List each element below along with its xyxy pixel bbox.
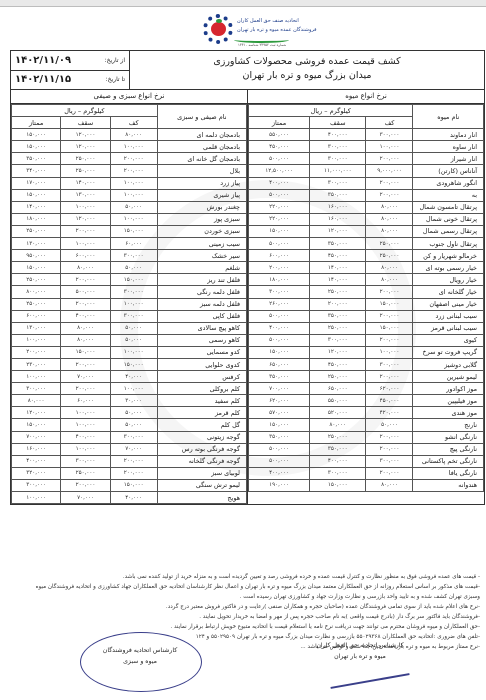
- max-price: ۲۰۰,۰۰۰: [61, 225, 110, 237]
- min-price: ۸۰,۰۰۰: [366, 274, 413, 286]
- item-name: نارنگی یافا: [413, 467, 484, 479]
- veg-min-header: کف: [110, 117, 157, 129]
- min-price: ۲۰۰,۰۰۰: [366, 443, 413, 455]
- table-row: ۶۰۰,۰۰۰۴۵۰,۰۰۰۲۵۰,۰۰۰خرمالو شهریار و کن: [249, 250, 484, 262]
- table-row: ۵۰۰,۰۰۰۳۰۰,۰۰۰۲۰۰,۰۰۰کیوی: [249, 334, 484, 346]
- premium-price: ۱۵۰,۰۰۰: [12, 141, 61, 153]
- premium-price: ۲۰۰,۰۰۰: [249, 262, 310, 274]
- from-date-row: ۱۴۰۲/۱۱/۰۹ از تاریخ:: [11, 51, 129, 71]
- table-row: ۱۰۰,۰۰۰۸۰,۰۰۰۵۰,۰۰۰کاهو رسمی: [12, 334, 247, 346]
- max-price: ۱۰۰,۰۰۰: [61, 419, 110, 431]
- max-price: ۱۵۰,۰۰۰: [61, 346, 110, 358]
- table-row: ۱۴۰,۰۰۰۱۰۰,۰۰۰۵۰,۰۰۰چغندر بورش: [12, 201, 247, 213]
- table-row: ۱۰۰,۰۰۰۷۰,۰۰۰۴۰,۰۰۰هویج: [12, 492, 247, 504]
- signature-stroke: [330, 673, 409, 688]
- min-price: ۱۰۰,۰۰۰: [110, 298, 157, 310]
- item-name: گلابی دوشیز: [413, 358, 484, 370]
- item-name: انگور شاهرودی: [413, 177, 484, 189]
- max-price: ۳۵۰,۰۰۰: [310, 310, 366, 322]
- item-name: کرفس: [157, 371, 246, 383]
- fruit-name-header: نام میوه: [413, 105, 484, 129]
- fruit-max-header: سقف: [310, 117, 366, 129]
- min-price: ۱۰۰,۰۰۰: [366, 346, 413, 358]
- item-name: لیمو شیرین: [413, 371, 484, 383]
- fruit-premium-header: ممتاز: [249, 117, 310, 129]
- table-row: ۵۰۰,۰۰۰۳۵۰,۰۰۰۲۰۰,۰۰۰سیب لبنانی زرد: [249, 310, 484, 322]
- item-name: شلغم: [157, 262, 246, 274]
- max-price: ۷۰,۰۰۰: [61, 492, 110, 504]
- max-price: ۳۰۰,۰۰۰: [310, 177, 366, 189]
- max-price: ۶۵۰,۰۰۰: [310, 383, 366, 395]
- signature-sellers-union: کارشناس اتحادیه فروشندگان میوه و سبزی: [70, 645, 210, 667]
- premium-price: ۱۰۰,۰۰۰: [12, 371, 61, 383]
- veg-unit-header: کیلوگرم – ریال: [12, 105, 158, 117]
- max-price: ۱۲۰,۰۰۰: [310, 225, 366, 237]
- from-date-value: ۱۴۰۲/۱۱/۰۹: [15, 55, 71, 66]
- item-name: انار شیراز: [413, 153, 484, 165]
- signature-commission-agents: کارشناس اتحادیه حق العمل کاران میوه و تر…: [300, 640, 420, 662]
- max-price: ۲۵۰,۰۰۰: [310, 371, 366, 383]
- premium-price: ۱۵۰,۰۰۰: [249, 419, 310, 431]
- premium-price: ۴۰۰,۰۰۰: [249, 322, 310, 334]
- item-name: انار ساوه: [413, 141, 484, 153]
- max-price: ۱۲۰,۰۰۰: [61, 213, 110, 225]
- premium-price: ۲۵۰,۰۰۰: [12, 274, 61, 286]
- to-date-label: تا تاریخ:: [106, 76, 125, 83]
- item-name: کاهو رسمی: [157, 334, 246, 346]
- premium-price: ۸۰۰,۰۰۰: [12, 286, 61, 298]
- table-row: ۵۷۰,۰۰۰۵۲۰,۰۰۰۴۲۰,۰۰۰موز هندی: [249, 407, 484, 419]
- table-row: ۱۳۰,۰۰۰۸۰,۰۰۰۵۰,۰۰۰کاهو پیچ سالادی: [12, 322, 247, 334]
- item-name: کدو مسمایی: [157, 346, 246, 358]
- min-price: ۲۰۰,۰۰۰: [110, 455, 157, 467]
- min-price: ۱۰۰,۰۰۰: [110, 213, 157, 225]
- min-price: ۳۰۰,۰۰۰: [110, 286, 157, 298]
- item-name: موز فیلیپین: [413, 395, 484, 407]
- premium-price: ۱۳۰,۰۰۰: [12, 238, 61, 250]
- premium-price: ۷۰۰,۰۰۰: [12, 431, 61, 443]
- item-name: گوجه زیتونی: [157, 431, 246, 443]
- item-name: بادمجان گل خانه ای: [157, 153, 246, 165]
- item-name: هندوانه: [413, 479, 484, 491]
- max-price: ۱۶۰,۰۰۰: [310, 213, 366, 225]
- min-price: ۳۰۰,۰۰۰: [366, 455, 413, 467]
- note: -نرخ های اعلام شده باید از سوی تمامی فرو…: [20, 602, 480, 612]
- premium-price: ۱۷۰,۰۰۰: [12, 177, 61, 189]
- premium-price: ۲۵۰,۰۰۰: [12, 298, 61, 310]
- note: - قیمت های عمده فروشی فوق به منظور نظارت…: [20, 572, 480, 582]
- premium-price: ۸۰,۰۰۰: [12, 395, 61, 407]
- min-price: ۲۰۰,۰۰۰: [366, 467, 413, 479]
- min-price: ۳۰۰,۰۰۰: [110, 310, 157, 322]
- item-name: گل کلم: [157, 419, 246, 431]
- premium-price: ۱۵۰,۰۰۰: [12, 419, 61, 431]
- premium-price: ۴۰۰,۰۰۰: [249, 177, 310, 189]
- max-price: ۲۵۰,۰۰۰: [310, 286, 366, 298]
- max-price: ۳۰۰,۰۰۰: [310, 141, 366, 153]
- item-name: پرتقال تامسون شمال: [413, 201, 484, 213]
- note: -حق العملکاران و میوه فروشان محترم می تو…: [20, 622, 480, 632]
- max-price: ۱۰۰,۰۰۰: [61, 407, 110, 419]
- premium-price: ۱۰۰,۰۰۰: [12, 334, 61, 346]
- min-price: ۵۰,۰۰۰: [110, 201, 157, 213]
- item-name: چغندر بورش: [157, 201, 246, 213]
- table-row: ۲۶۰,۰۰۰۲۰۰,۰۰۰۱۵۰,۰۰۰خیار مینی اصفهان: [249, 298, 484, 310]
- min-price: ۱۵۰,۰۰۰: [110, 358, 157, 370]
- item-name: لیمو ترش سنگی: [157, 479, 246, 491]
- union-logo: اتحادیه صنف حق العمل کاران فروشندگان عمد…: [200, 10, 290, 50]
- item-name: کلم بروکلی: [157, 383, 246, 395]
- min-price: ۲۰۰,۰۰۰: [366, 286, 413, 298]
- table-row: ۳۰۰,۰۰۰۲۵۰,۰۰۰۲۰۰,۰۰۰خیار گلخانه ای: [249, 286, 484, 298]
- max-price: ۳۰۰,۰۰۰: [310, 153, 366, 165]
- item-name: فلفل دلمه رنگی: [157, 286, 246, 298]
- max-price: ۲۰۰,۰۰۰: [61, 479, 110, 491]
- apple-icon: [211, 22, 226, 36]
- premium-price: ۴۰۰,۰۰۰: [249, 467, 310, 479]
- premium-price: ۴۰۰,۰۰۰: [12, 455, 61, 467]
- item-name: بادمجان قلمی: [157, 141, 246, 153]
- fruit-section-title: نرخ انواع میوه: [248, 90, 484, 104]
- premium-price: ۲۳۰,۰۰۰: [12, 358, 61, 370]
- min-price: ۳۰۰,۰۰۰: [110, 250, 157, 262]
- premium-price: ۴۵۰,۰۰۰: [249, 141, 310, 153]
- to-date-row: ۱۴۰۲/۱۱/۱۵ تا تاریخ:: [11, 71, 129, 90]
- item-name: خیار مینی اصفهان: [413, 298, 484, 310]
- item-name: فلفل کاپی: [157, 310, 246, 322]
- item-name: سبزی پوز: [157, 213, 246, 225]
- fruit-unit-header: کیلوگرم – ریال: [249, 105, 413, 117]
- table-row: ۴۵۰,۰۰۰۳۰۰,۰۰۰۱۰۰,۰۰۰انار ساوه: [249, 141, 484, 153]
- max-price: ۱۴۰,۰۰۰: [61, 177, 110, 189]
- item-name: کلم سفید: [157, 395, 246, 407]
- leaf-icon: [216, 19, 222, 23]
- min-price: ۲۰۰,۰۰۰: [110, 165, 157, 177]
- min-price: ۳۰۰,۰۰۰: [366, 358, 413, 370]
- item-name: سیر خشک: [157, 250, 246, 262]
- min-price: ۲۰۰,۰۰۰: [366, 431, 413, 443]
- min-price: ۸۰,۰۰۰: [110, 129, 157, 141]
- premium-price: ۱۲,۵۰۰,۰۰۰: [249, 165, 310, 177]
- max-price: ۱۴۰,۰۰۰: [310, 262, 366, 274]
- min-price: ۱۰۰,۰۰۰: [110, 383, 157, 395]
- logo-line-2: فروشندگان عمده میوه و تره بار تهران: [237, 27, 317, 33]
- premium-price: ۶۰۰,۰۰۰: [12, 310, 61, 322]
- vegetable-section: نرخ انواع سبزی و صیفی کیلوگرم – ریال نام…: [11, 90, 247, 504]
- max-price: ۱۲۰,۰۰۰: [61, 129, 110, 141]
- table-row: ۱۵۰,۰۰۰۱۲۰,۰۰۰۱۰۰,۰۰۰بادمجان قلمی: [12, 141, 247, 153]
- title-line-1: کشف قیمت عمده فروشی محصولات کشاورزی: [130, 55, 484, 69]
- table-row: ۳۲۰,۰۰۰۲۵۰,۰۰۰۲۰۰,۰۰۰لوبیای سبز: [12, 467, 247, 479]
- to-date-value: ۱۴۰۲/۱۱/۱۵: [15, 74, 71, 85]
- table-row: ۵۰۰,۰۰۰۳۵۰,۰۰۰۲۰۰,۰۰۰نارنگی پیچ: [249, 443, 484, 455]
- max-price: ۲۵۰,۰۰۰: [310, 431, 366, 443]
- table-row: ۱۳۰,۰۰۰۱۰۰,۰۰۰۶۰,۰۰۰سیب زمینی: [12, 238, 247, 250]
- table-row: ۲۲۰,۰۰۰۱۶۰,۰۰۰۸۰,۰۰۰پرتقال خونی شمال: [249, 213, 484, 225]
- min-price: ۸۰,۰۰۰: [366, 225, 413, 237]
- min-price: ۶۰,۰۰۰: [110, 238, 157, 250]
- item-name: خیار گلخانه ای: [413, 286, 484, 298]
- premium-price: ۲۲۰,۰۰۰: [249, 201, 310, 213]
- item-name: خیار رویال: [413, 274, 484, 286]
- min-price: ۸۰,۰۰۰: [366, 262, 413, 274]
- premium-price: ۳۴۰,۰۰۰: [12, 165, 61, 177]
- table-row: ۳۴۰,۰۰۰۲۵۰,۰۰۰۲۰۰,۰۰۰بلال: [12, 165, 247, 177]
- table-row: ۱۲۰,۰۰۰۱۰۰,۰۰۰۵۰,۰۰۰کلم قرمز: [12, 407, 247, 419]
- min-price: ۳۰,۰۰۰: [110, 395, 157, 407]
- item-name: پیاز شیری: [157, 189, 246, 201]
- veg-max-header: سقف: [61, 117, 110, 129]
- premium-price: ۵۰۰,۰۰۰: [249, 310, 310, 322]
- item-name: نارنگی پیچ: [413, 443, 484, 455]
- min-price: ۸۰,۰۰۰: [366, 201, 413, 213]
- item-name: پیاز زرد: [157, 177, 246, 189]
- min-price: ۱۵۰,۰۰۰: [110, 225, 157, 237]
- premium-price: ۱۸۰,۰۰۰: [12, 213, 61, 225]
- max-price: ۱۰۰,۰۰۰: [61, 201, 110, 213]
- premium-price: ۱۵۰,۰۰۰: [12, 129, 61, 141]
- item-name: نارنگی تخم پاکستانی: [413, 455, 484, 467]
- table-row: ۳۵۰,۰۰۰۲۵۰,۰۰۰۲۰۰,۰۰۰بادمجان گل خانه ای: [12, 153, 247, 165]
- premium-price: ۱۸۰,۰۰۰: [249, 274, 310, 286]
- table-row: ۴۰۰,۰۰۰۳۰۰,۰۰۰۲۰۰,۰۰۰انگور شاهرودی: [249, 177, 484, 189]
- min-price: ۴۰,۰۰۰: [110, 492, 157, 504]
- max-price: ۳۵۰,۰۰۰: [310, 189, 366, 201]
- logo-registration: شماره ثبت ۳۳۹۵۲ شناسه ۱۳۳۱۰: [238, 43, 286, 47]
- premium-price: ۶۰۰,۰۰۰: [249, 250, 310, 262]
- item-name: گریپ فروت تو سرخ: [413, 346, 484, 358]
- min-price: ۵۰,۰۰۰: [110, 407, 157, 419]
- max-price: ۲۰۰,۰۰۰: [61, 358, 110, 370]
- max-price: ۳۰۰,۰۰۰: [310, 334, 366, 346]
- min-price: ۹,۰۰۰,۰۰۰: [366, 165, 413, 177]
- min-price: ۱۵۰,۰۰۰: [366, 298, 413, 310]
- max-price: ۴۵۰,۰۰۰: [310, 250, 366, 262]
- table-row: ۱۵۰,۰۰۰۱۳۰,۰۰۰۱۰۰,۰۰۰پیاز شیری: [12, 189, 247, 201]
- max-price: ۳۰۰,۰۰۰: [310, 467, 366, 479]
- item-name: کلم قرمز: [157, 407, 246, 419]
- table-row: ۹۵۰,۰۰۰۶۰۰,۰۰۰۳۰۰,۰۰۰سیر خشک: [12, 250, 247, 262]
- min-price: ۲۰۰,۰۰۰: [366, 153, 413, 165]
- price-sheet: ۱۴۰۲/۱۱/۰۹ از تاریخ: ۱۴۰۲/۱۱/۱۵ تا تاریخ…: [10, 50, 485, 505]
- item-name: موز اکوادور: [413, 383, 484, 395]
- premium-price: ۳۵۰,۰۰۰: [249, 431, 310, 443]
- premium-price: ۵۰۰,۰۰۰: [249, 334, 310, 346]
- min-price: ۲۰۰,۰۰۰: [110, 467, 157, 479]
- note: -فروشندگان باید فاکتور سر برگ دار (بادرج…: [20, 612, 480, 622]
- max-price: ۸۰,۰۰۰: [310, 419, 366, 431]
- min-price: ۱۰۰,۰۰۰: [110, 177, 157, 189]
- premium-price: ۶۵۰,۰۰۰: [249, 358, 310, 370]
- table-row: ۵۰۰,۰۰۰۴۰۰,۰۰۰۳۰۰,۰۰۰نارنگی تخم پاکستانی: [249, 455, 484, 467]
- table-row: ۱۸۰,۰۰۰۱۲۰,۰۰۰۱۰۰,۰۰۰سبزی پوز: [12, 213, 247, 225]
- premium-price: ۱۶۰,۰۰۰: [12, 443, 61, 455]
- max-price: ۱۶۰,۰۰۰: [310, 201, 366, 213]
- table-row: ۱۷۰,۰۰۰۱۴۰,۰۰۰۱۰۰,۰۰۰پیاز زرد: [12, 177, 247, 189]
- premium-price: ۱۵۰,۰۰۰: [249, 225, 310, 237]
- premium-price: ۱۵۰,۰۰۰: [249, 346, 310, 358]
- max-price: ۳۵۰,۰۰۰: [310, 443, 366, 455]
- premium-price: ۱۰۰,۰۰۰: [12, 492, 61, 504]
- max-price: ۸۰,۰۰۰: [61, 262, 110, 274]
- table-row: ۵۰۰,۰۰۰۳۰۰,۰۰۰۲۰۰,۰۰۰انار شیراز: [249, 153, 484, 165]
- item-name: کدوی حلوایی: [157, 358, 246, 370]
- premium-price: ۱۳۰,۰۰۰: [12, 322, 61, 334]
- premium-price: ۵۰۰,۰۰۰: [249, 238, 310, 250]
- min-price: ۷۰,۰۰۰: [110, 443, 157, 455]
- max-price: ۵۵۰,۰۰۰: [310, 395, 366, 407]
- max-price: ۵۲۰,۰۰۰: [310, 407, 366, 419]
- item-name: موز هندی: [413, 407, 484, 419]
- table-row: ۲۵۰,۰۰۰۲۰۰,۰۰۰۱۵۰,۰۰۰فلفل تند ریز: [12, 274, 247, 286]
- table-row: ۳۰۰,۰۰۰۲۰۰,۰۰۰۱۵۰,۰۰۰لیمو ترش سنگی: [12, 479, 247, 491]
- max-price: ۱۲۰,۰۰۰: [61, 141, 110, 153]
- item-name: کاهو پیچ سالادی: [157, 322, 246, 334]
- max-price: ۲۰۰,۰۰۰: [310, 298, 366, 310]
- table-row: ۲۵۰,۰۰۰۲۰۰,۰۰۰۱۰۰,۰۰۰فلفل دلمه سبز: [12, 298, 247, 310]
- table-row: ۲۵۰,۰۰۰۲۰۰,۰۰۰۱۵۰,۰۰۰سبزی خوردن: [12, 225, 247, 237]
- min-price: ۲۰۰,۰۰۰: [366, 310, 413, 322]
- table-row: ۱۵۰,۰۰۰۸۰,۰۰۰۵۰,۰۰۰نارنج: [249, 419, 484, 431]
- fruit-table: کیلوگرم – ریال نام میوه ممتاز سقف کف ۵۵۰…: [248, 104, 484, 492]
- item-name: گوجه فرنگی گلخانه: [157, 455, 246, 467]
- max-price: ۲۰۰,۰۰۰: [61, 383, 110, 395]
- max-price: ۱۰۰,۰۰۰: [61, 443, 110, 455]
- max-price: ۲۵۰,۰۰۰: [310, 322, 366, 334]
- item-name: آناناس (کارتن): [413, 165, 484, 177]
- max-price: ۲۵۰,۰۰۰: [61, 165, 110, 177]
- table-row: ۱۵۰,۰۰۰۸۰,۰۰۰۵۰,۰۰۰شلغم: [12, 262, 247, 274]
- max-price: ۴۰۰,۰۰۰: [61, 431, 110, 443]
- min-price: ۵۰,۰۰۰: [366, 419, 413, 431]
- table-row: ۵۰۰,۰۰۰۳۵۰,۰۰۰۲۰۰,۰۰۰به: [249, 189, 484, 201]
- premium-price: ۷۰۰,۰۰۰: [249, 383, 310, 395]
- max-price: ۴۵۰,۰۰۰: [310, 358, 366, 370]
- item-name: بادمجان دلمه ای: [157, 129, 246, 141]
- item-name: خیار رسمی بوته ای: [413, 262, 484, 274]
- veg-section-title: نرخ انواع سبزی و صیفی: [11, 90, 247, 104]
- sheet-header: ۱۴۰۲/۱۱/۰۹ از تاریخ: ۱۴۰۲/۱۱/۱۵ تا تاریخ…: [11, 51, 484, 90]
- date-range: ۱۴۰۲/۱۱/۰۹ از تاریخ: ۱۴۰۲/۱۱/۱۵ تا تاریخ…: [11, 51, 130, 89]
- table-row: ۷۰۰,۰۰۰۴۰۰,۰۰۰۳۰۰,۰۰۰گوجه زیتونی: [12, 431, 247, 443]
- max-price: ۵۰۰,۰۰۰: [61, 286, 110, 298]
- table-row: ۲۲۰,۰۰۰۱۶۰,۰۰۰۸۰,۰۰۰پرتقال تامسون شمال: [249, 201, 484, 213]
- premium-price: ۵۰۰,۰۰۰: [249, 153, 310, 165]
- max-price: ۴۰۰,۰۰۰: [310, 455, 366, 467]
- item-name: سیب لبنانی قرمز: [413, 322, 484, 334]
- min-price: ۵۰,۰۰۰: [110, 419, 157, 431]
- premium-price: ۳۲۰,۰۰۰: [12, 467, 61, 479]
- premium-price: ۹۵۰,۰۰۰: [12, 250, 61, 262]
- from-date-label: از تاریخ:: [105, 57, 125, 64]
- table-row: ۱۵۰,۰۰۰۱۲۰,۰۰۰۸۰,۰۰۰بادمجان دلمه ای: [12, 129, 247, 141]
- max-price: ۷۰,۰۰۰: [61, 371, 110, 383]
- max-price: ۶۰۰,۰۰۰: [61, 250, 110, 262]
- min-price: ۱۵۰,۰۰۰: [366, 322, 413, 334]
- min-price: ۱۵۰,۰۰۰: [110, 479, 157, 491]
- premium-price: ۲۰۰,۰۰۰: [12, 346, 61, 358]
- table-row: ۶۲۰,۰۰۰۵۵۰,۰۰۰۴۵۰,۰۰۰موز فیلیپین: [249, 395, 484, 407]
- max-price: ۲۰۰,۰۰۰: [61, 298, 110, 310]
- premium-price: ۲۶۰,۰۰۰: [249, 298, 310, 310]
- item-name: فلفل دلمه سبز: [157, 298, 246, 310]
- item-name: پرتقال ناول جنوب: [413, 238, 484, 250]
- fruit-min-header: کف: [366, 117, 413, 129]
- min-price: ۲۰۰,۰۰۰: [366, 334, 413, 346]
- premium-price: ۳۵۰,۰۰۰: [249, 371, 310, 383]
- item-name: نارنج: [413, 419, 484, 431]
- table-row: ۳۵۰,۰۰۰۲۵۰,۰۰۰۲۰۰,۰۰۰نارنگی انشو: [249, 431, 484, 443]
- max-price: ۱۳۰,۰۰۰: [61, 189, 110, 201]
- max-price: ۲۵۰,۰۰۰: [61, 153, 110, 165]
- min-price: ۲۰۰,۰۰۰: [366, 189, 413, 201]
- item-name: فلفل تند ریز: [157, 274, 246, 286]
- item-name: پرتقال خونی شمال: [413, 213, 484, 225]
- min-price: ۱۵۰,۰۰۰: [110, 274, 157, 286]
- table-row: ۱۰۰,۰۰۰۷۰,۰۰۰۴۰,۰۰۰کرفس: [12, 371, 247, 383]
- item-name: بلال: [157, 165, 246, 177]
- vegetable-table: کیلوگرم – ریال نام صیفی و سبزی ممتاز سقف…: [11, 104, 247, 504]
- premium-price: ۳۰۰,۰۰۰: [249, 286, 310, 298]
- max-price: ۴۰۰,۰۰۰: [61, 310, 110, 322]
- title-line-2: میدان بزرگ میوه و تره بار تهران: [130, 69, 484, 83]
- min-price: ۴۲۰,۰۰۰: [366, 407, 413, 419]
- min-price: ۲۵۰,۰۰۰: [366, 250, 413, 262]
- item-name: پرتقال رسمی شمال: [413, 225, 484, 237]
- price-columns: نرخ انواع میوه کیلوگرم – ریال نام میوه م…: [11, 90, 484, 504]
- table-row: ۵۵۰,۰۰۰۴۰۰,۰۰۰۳۰۰,۰۰۰انار دماوند: [249, 129, 484, 141]
- table-row: ۴۰۰,۰۰۰۲۵۰,۰۰۰۱۵۰,۰۰۰سیب لبنانی قرمز: [249, 322, 484, 334]
- min-price: ۵۰,۰۰۰: [110, 322, 157, 334]
- min-price: ۵۰,۰۰۰: [110, 334, 157, 346]
- premium-price: ۳۵۰,۰۰۰: [12, 153, 61, 165]
- signature-title: کارشناس اتحادیه فروشندگان: [70, 645, 210, 656]
- table-row: ۲۳۰,۰۰۰۲۰۰,۰۰۰۱۵۰,۰۰۰کدوی حلوایی: [12, 358, 247, 370]
- premium-price: ۱۴۰,۰۰۰: [12, 201, 61, 213]
- max-price: ۱۴۰,۰۰۰: [310, 274, 366, 286]
- premium-price: ۳۰۰,۰۰۰: [12, 383, 61, 395]
- premium-price: ۳۰۰,۰۰۰: [12, 479, 61, 491]
- table-row: ۷۰۰,۰۰۰۶۵۰,۰۰۰۶۲۰,۰۰۰موز اکوادور: [249, 383, 484, 395]
- item-name: نارنگی انشو: [413, 431, 484, 443]
- premium-price: ۵۰۰,۰۰۰: [249, 189, 310, 201]
- signature-title: کارشناس اتحادیه حق العمل کاران: [300, 640, 420, 651]
- signature-subtitle: میوه و تره بار تهران: [300, 651, 420, 662]
- item-name: لوبیای سبز: [157, 467, 246, 479]
- min-price: ۲۰۰,۰۰۰: [110, 153, 157, 165]
- premium-price: ۱۹۰,۰۰۰: [249, 479, 310, 491]
- premium-price: ۱۵۰,۰۰۰: [12, 189, 61, 201]
- min-price: ۳۰۰,۰۰۰: [110, 431, 157, 443]
- note: -قیمت های مذکور بر اساس استعلام روزانه ا…: [20, 582, 480, 602]
- min-price: ۲۰۰,۰۰۰: [366, 371, 413, 383]
- fruit-section: نرخ انواع میوه کیلوگرم – ریال نام میوه م…: [247, 90, 484, 504]
- max-price: ۱۵۰,۰۰۰: [310, 479, 366, 491]
- min-price: ۴۵۰,۰۰۰: [366, 395, 413, 407]
- item-name: به: [413, 189, 484, 201]
- item-name: هویج: [157, 492, 246, 504]
- item-name: سیب لبنانی زرد: [413, 310, 484, 322]
- min-price: ۵۰,۰۰۰: [110, 262, 157, 274]
- sheet-title: کشف قیمت عمده فروشی محصولات کشاورزی میدا…: [130, 51, 484, 89]
- table-row: ۸۰,۰۰۰۶۰,۰۰۰۳۰,۰۰۰کلم سفید: [12, 395, 247, 407]
- min-price: ۳۰۰,۰۰۰: [366, 129, 413, 141]
- table-row: ۱۹۰,۰۰۰۱۵۰,۰۰۰۸۰,۰۰۰هندوانه: [249, 479, 484, 491]
- min-price: ۸۰,۰۰۰: [366, 479, 413, 491]
- table-row: ۲۰۰,۰۰۰۱۴۰,۰۰۰۸۰,۰۰۰خیار رسمی بوته ای: [249, 262, 484, 274]
- premium-price: ۶۲۰,۰۰۰: [249, 395, 310, 407]
- item-name: خرمالو شهریار و کن: [413, 250, 484, 262]
